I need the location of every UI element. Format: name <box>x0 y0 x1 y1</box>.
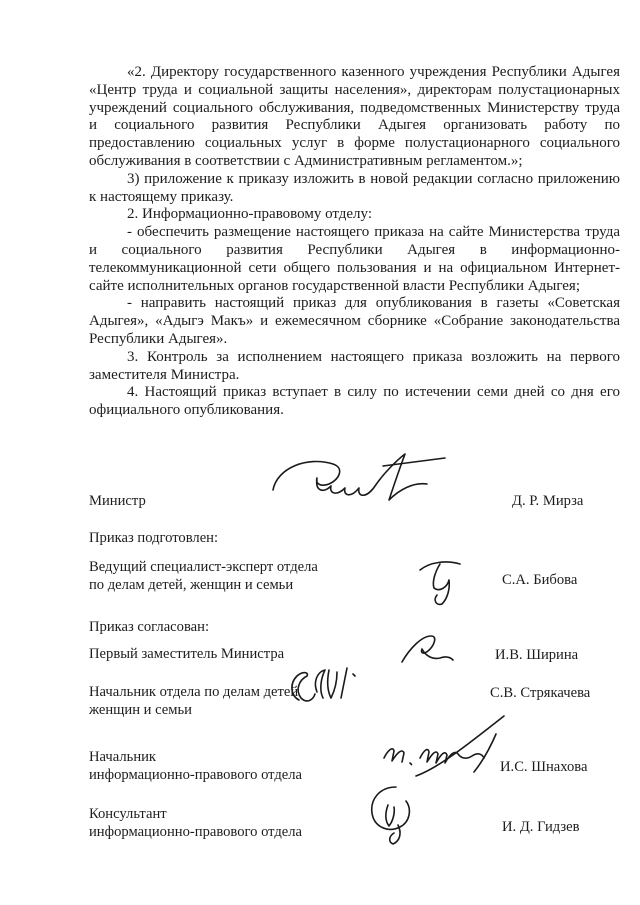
scanned-order-document-page: «2. Директору государственного казенного… <box>0 0 640 905</box>
gidzev-handwritten-signature-icon <box>366 783 424 847</box>
shirina-handwritten-signature-icon <box>398 630 456 668</box>
legal-dept-consultant-role-line1: Консультант <box>89 805 167 823</box>
prepared-by-heading: Приказ подготовлен: <box>89 529 218 547</box>
agreed-by-heading: Приказ согласован: <box>89 618 209 636</box>
shnakhova-handwritten-signature-icon <box>378 712 513 784</box>
legal-dept-consultant-name: И. Д. Гидзев <box>502 818 580 836</box>
minister-role-label: Министр <box>89 492 146 510</box>
stryakacheva-handwritten-signature-icon <box>283 664 358 714</box>
first-deputy-role-label: Первый заместитель Министра <box>89 645 284 663</box>
legal-dept-consultant-role-line2: информационно-правового отдела <box>89 823 302 841</box>
first-deputy-name: И.В. Ширина <box>495 646 578 664</box>
specialist-role-line2: по делам детей, женщин и семьи <box>89 576 293 594</box>
legal-dept-head-role-line1: Начальник <box>89 748 156 766</box>
children-dept-head-role-line1: Начальник отдела по делам детей <box>89 683 298 701</box>
signature-block: Министр Д. Р. Мирза Приказ подготовлен: … <box>0 0 640 905</box>
children-dept-head-name: С.В. Стрякачева <box>490 684 590 702</box>
mirza-handwritten-signature-icon <box>265 450 460 512</box>
minister-name: Д. Р. Мирза <box>512 492 583 510</box>
children-dept-head-role-line2: женщин и семьи <box>89 701 192 719</box>
specialist-role-line1: Ведущий специалист-эксперт отдела <box>89 558 318 576</box>
legal-dept-head-role-line2: информационно-правового отдела <box>89 766 302 784</box>
bibova-handwritten-signature-icon <box>416 556 466 608</box>
specialist-name: С.А. Бибова <box>502 571 577 589</box>
legal-dept-head-name: И.С. Шнахова <box>500 758 587 776</box>
